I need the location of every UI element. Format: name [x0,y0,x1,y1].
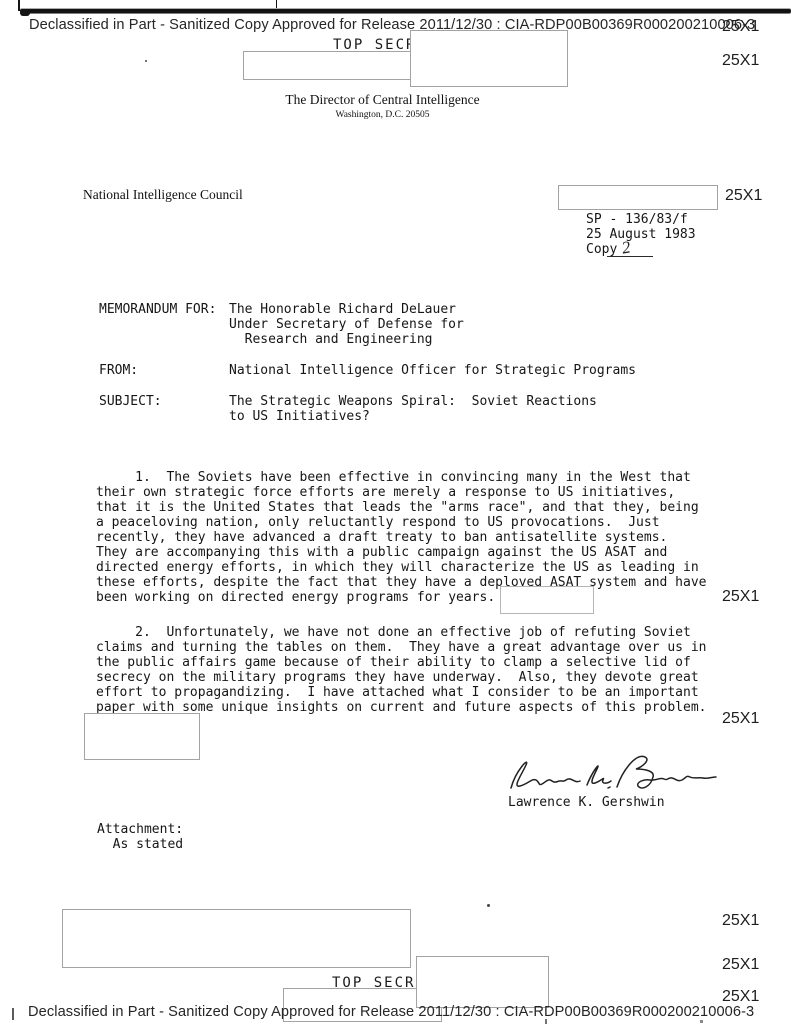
redaction-box-inline [500,586,594,614]
scan-tick-artifact [12,1008,14,1020]
doc-date: 25 August 1983 [586,227,696,242]
doc-number: SP - 136/83/f [586,212,688,227]
redaction-box [84,713,200,760]
scan-tick-artifact [276,0,277,8]
attachment-note: Attachment: As stated [97,822,183,852]
scan-blob-artifact [20,10,30,16]
memo-subject-value: The Strategic Weapons Spiral: Soviet Rea… [229,394,597,424]
declassification-footer: Declassified in Part - Sanitized Copy Ap… [28,1004,754,1020]
release-code-para2: 25X1 [722,710,759,728]
letterhead-address: Washington, D.C. 20505 [0,110,765,120]
body-paragraph-1: 1. The Soviets have been effective in co… [96,470,706,605]
scan-tick-artifact [18,0,20,11]
scan-speck-artifact [145,60,147,62]
scan-speck-artifact [487,904,490,907]
memo-to-value: The Honorable Richard DeLauer Under Secr… [229,302,464,347]
signature-ink [503,748,718,796]
scan-top-edge-artifact [20,9,791,13]
signature-typed-name: Lawrence K. Gershwin [508,795,665,810]
redaction-box [410,30,568,87]
memo-from-label: FROM: [99,363,138,378]
memo-from-value: National Intelligence Officer for Strate… [229,363,636,378]
office-name: National Intelligence Council [83,187,243,203]
redaction-box [243,51,413,80]
redaction-box [416,956,549,1008]
release-code-docinfo: 25X1 [725,187,762,205]
memo-to-label: MEMORANDUM FOR: [99,302,216,317]
declassification-header: Declassified in Part - Sanitized Copy Ap… [29,17,755,33]
signature-handwritten [503,748,718,796]
copy-label: Copy [586,242,617,257]
letterhead-org: The Director of Central Intelligence [0,92,765,108]
redaction-box [558,185,718,210]
copy-number-handwritten: 2 [622,238,631,258]
memo-subject-label: SUBJECT: [99,394,162,409]
release-code-top-2: 25X1 [722,52,759,70]
body-paragraph-2: 2. Unfortunately, we have not done an ef… [96,625,706,715]
redaction-box [62,909,411,968]
scanned-memo-page: Declassified in Part - Sanitized Copy Ap… [0,0,791,1024]
scan-speck-artifact [700,1020,703,1023]
release-code-para1: 25X1 [722,588,759,606]
release-code-top-1: 25X1 [722,18,759,36]
release-code-bottom-2: 25X1 [722,956,759,974]
release-code-bottom-1: 25X1 [722,912,759,930]
